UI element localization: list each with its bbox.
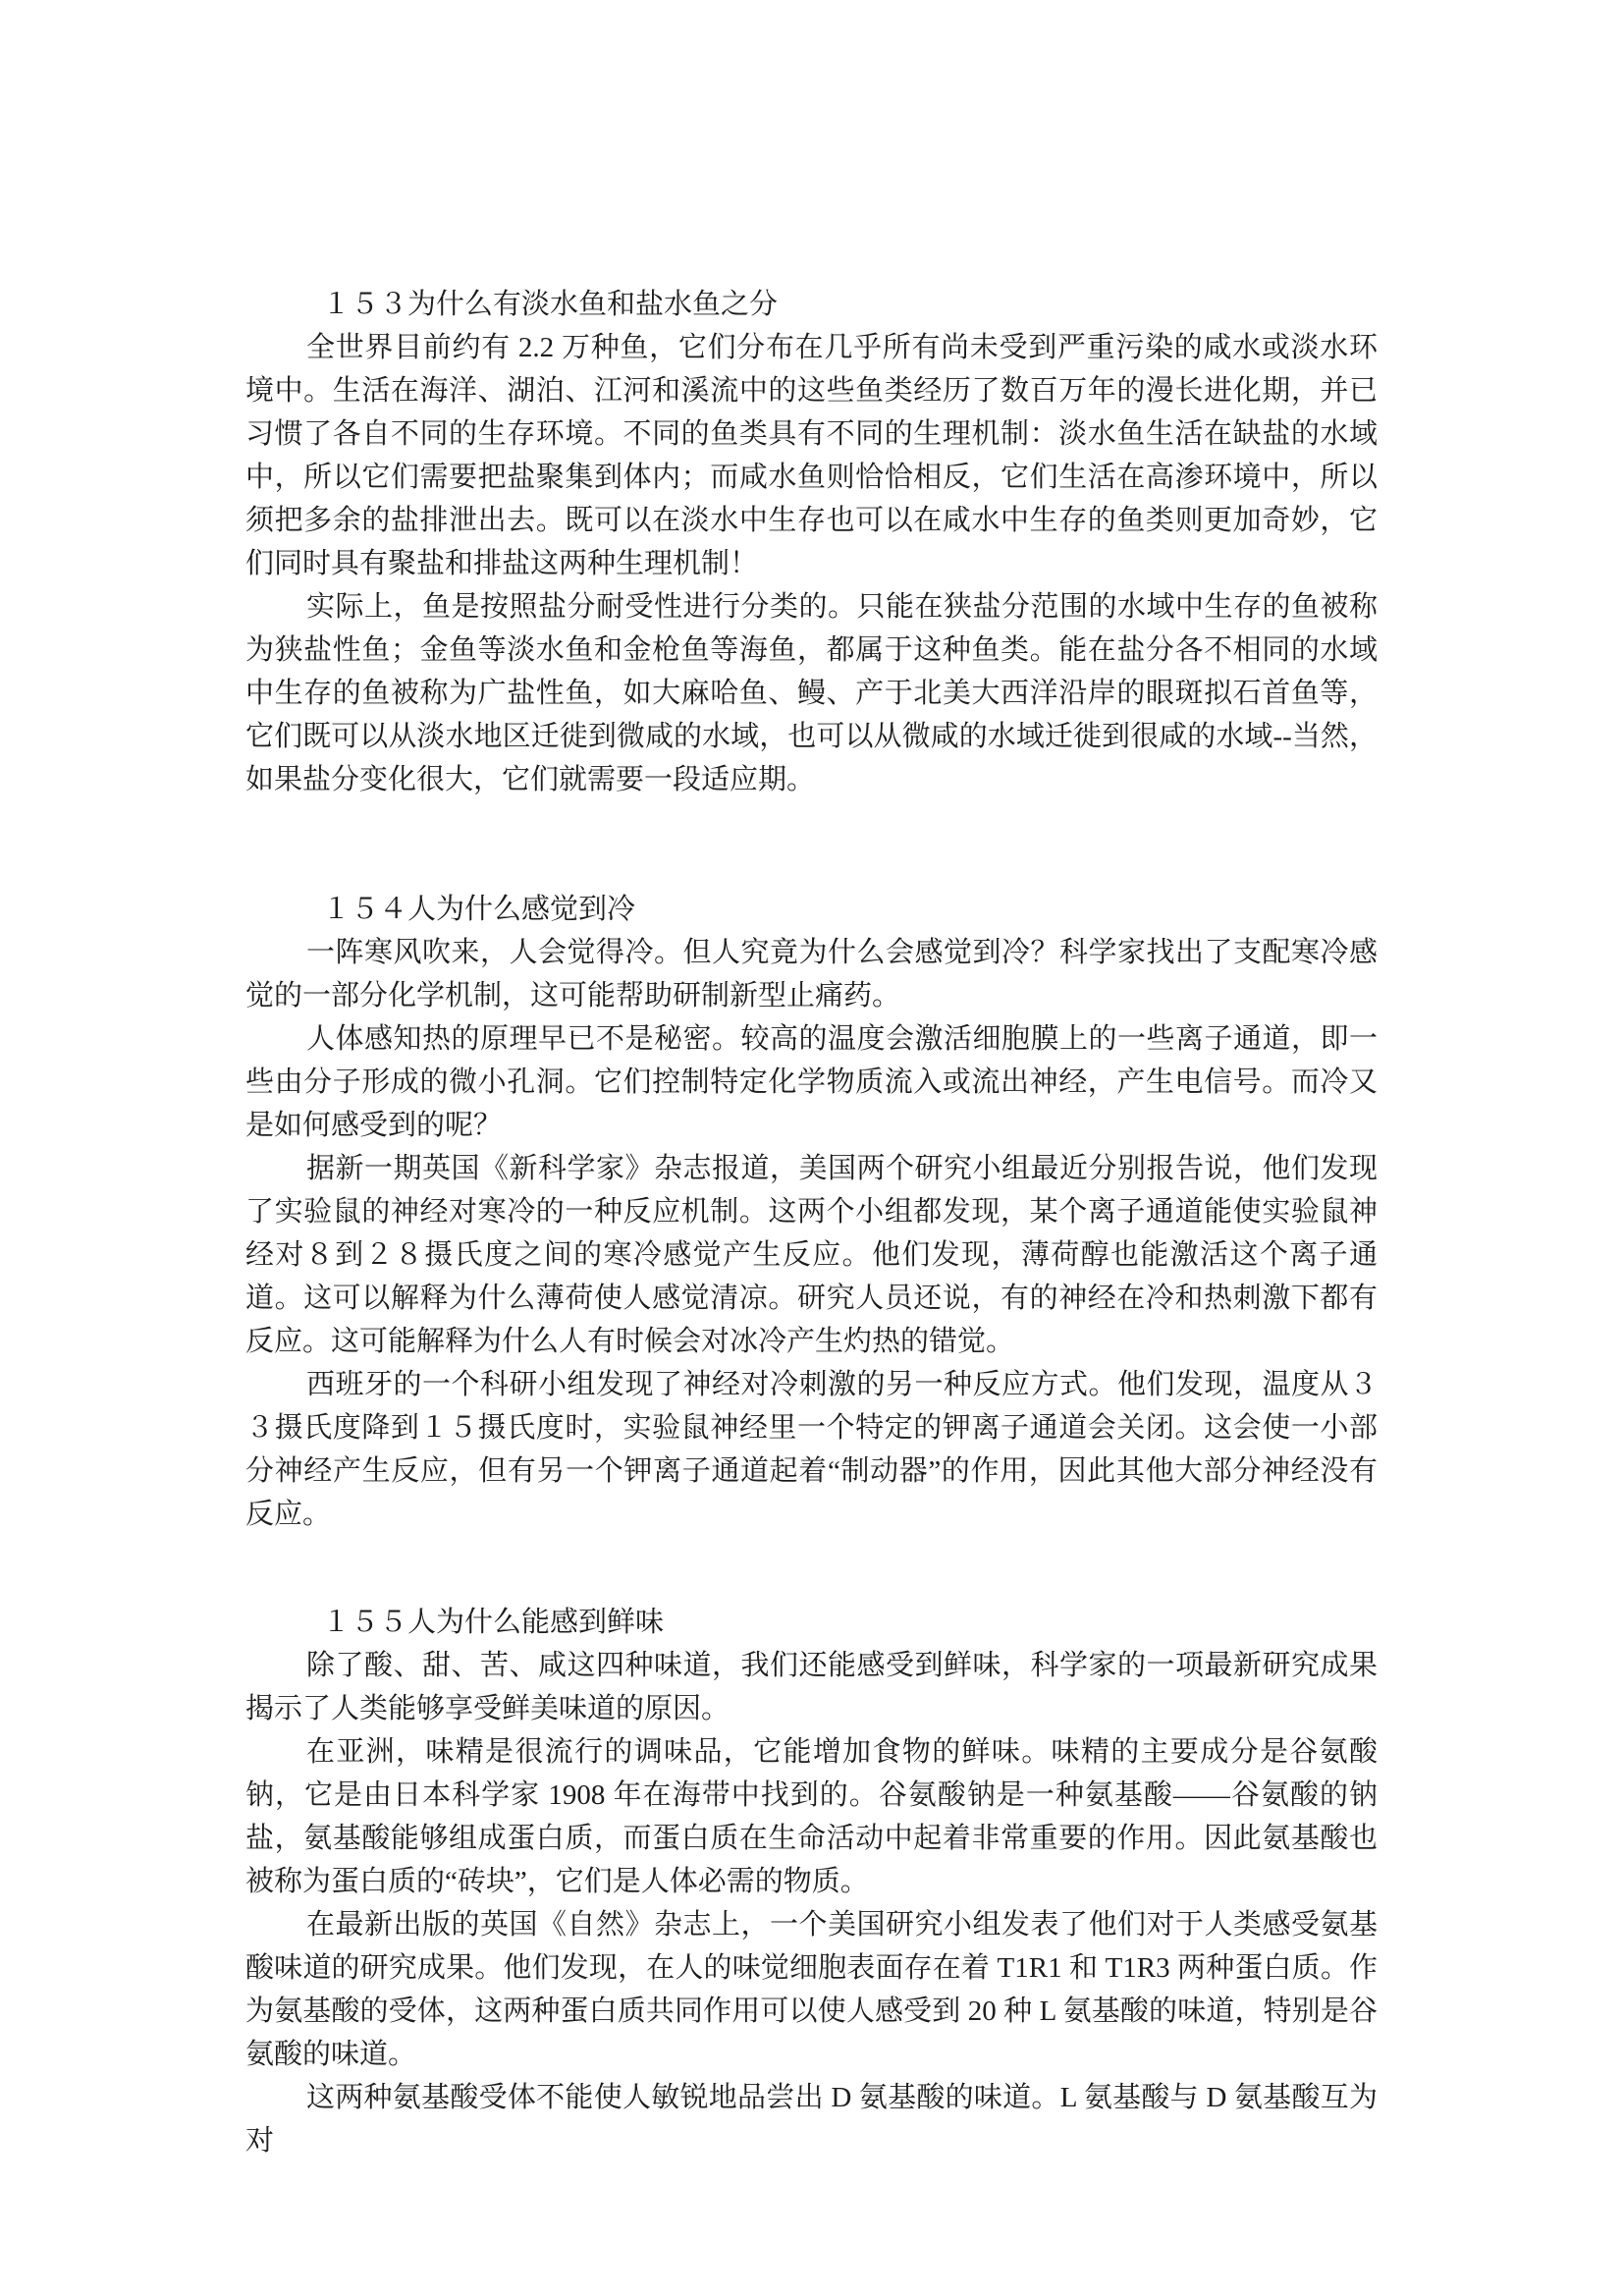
section-heading: １５３为什么有淡水鱼和盐水鱼之分 — [245, 283, 1378, 326]
paragraph: 在最新出版的英国《自然》杂志上，一个美国研究小组发表了他们对于人类感受氨基酸味道… — [245, 1903, 1378, 2076]
paragraph: 人体感知热的原理早已不是秘密。较高的温度会激活细胞膜上的一些离子通道，即一些由分… — [245, 1017, 1378, 1147]
paragraph: 全世界目前约有 2.2 万种鱼，它们分布在几乎所有尚未受到严重污染的咸水或淡水环… — [245, 326, 1378, 585]
paragraph: 一阵寒风吹来，人会觉得冷。但人究竟为什么会感觉到冷？科学家找出了支配寒冷感觉的一… — [245, 931, 1378, 1017]
section-154: １５４人为什么感觉到冷 一阵寒风吹来，人会觉得冷。但人究竟为什么会感觉到冷？科学… — [245, 888, 1378, 1536]
section-155: １５５人为什么能感到鲜味 除了酸、甜、苦、咸这四种味道，我们还能感受到鲜味，科学… — [245, 1601, 1378, 2162]
document-page: １５３为什么有淡水鱼和盐水鱼之分 全世界目前约有 2.2 万种鱼，它们分布在几乎… — [0, 0, 1623, 2296]
document-content: １５３为什么有淡水鱼和盐水鱼之分 全世界目前约有 2.2 万种鱼，它们分布在几乎… — [0, 0, 1623, 2162]
section-heading: １５５人为什么能感到鲜味 — [245, 1601, 1378, 1644]
paragraph: 实际上，鱼是按照盐分耐受性进行分类的。只能在狭盐分范围的水域中生存的鱼被称为狭盐… — [245, 585, 1378, 801]
paragraph: 据新一期英国《新科学家》杂志报道，美国两个研究小组最近分别报告说，他们发现了实验… — [245, 1147, 1378, 1363]
paragraph: 除了酸、甜、苦、咸这四种味道，我们还能感受到鲜味，科学家的一项最新研究成果揭示了… — [245, 1644, 1378, 1730]
paragraph: 这两种氨基酸受体不能使人敏锐地品尝出 D 氨基酸的味道。L 氨基酸与 D 氨基酸… — [245, 2076, 1378, 2162]
section-153: １５３为什么有淡水鱼和盐水鱼之分 全世界目前约有 2.2 万种鱼，它们分布在几乎… — [245, 283, 1378, 801]
section-heading: １５４人为什么感觉到冷 — [245, 888, 1378, 931]
paragraph: 在亚洲，味精是很流行的调味品，它能增加食物的鲜味。味精的主要成分是谷氨酸钠，它是… — [245, 1730, 1378, 1903]
paragraph: 西班牙的一个科研小组发现了神经对冷刺激的另一种反应方式。他们发现，温度从３３摄氏… — [245, 1363, 1378, 1536]
